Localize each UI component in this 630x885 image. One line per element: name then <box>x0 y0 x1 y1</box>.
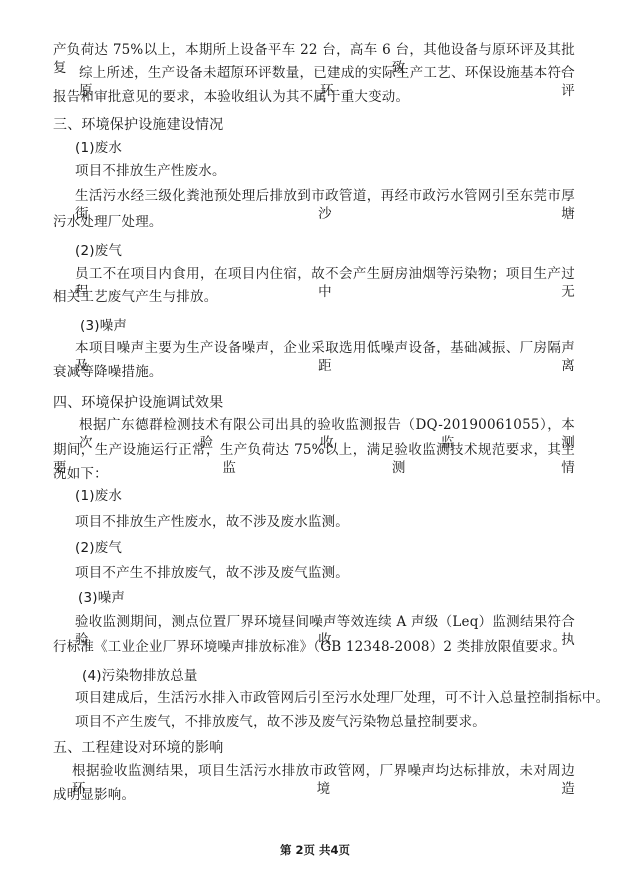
subsection-title: (2)废气 <box>75 242 122 260</box>
subsection-title: (1)废水 <box>75 139 122 157</box>
subsection-title: (1)废水 <box>75 487 122 505</box>
paragraph-line: 衰减等降噪措施。 <box>53 363 163 381</box>
paragraph-line: 行标准《工业企业厂界环境噪声排放标准》（GB 12348-2008）2 类排放限… <box>53 638 566 656</box>
subsection-title: (3)噪声 <box>78 589 125 607</box>
paragraph-line: 项目建成后，生活污水排入市政管网后引至污水处理厂处理，可不计入总量控制指标中。 <box>75 689 609 707</box>
subsection-title: (2)废气 <box>75 539 122 557</box>
subsection-title: (4)污染物排放总量 <box>82 667 198 685</box>
section-heading-4: 四、环境保护设施调试效果 <box>53 394 223 412</box>
paragraph-line: 根据验收监测结果，项目生活污水排放市政管网，厂界噪声均达标排放，未对周边环境造 <box>72 762 575 798</box>
page-number: 第 2页 共4页 <box>0 842 630 858</box>
paragraph-line: 成明显影响。 <box>53 786 135 804</box>
paragraph-line: 期间，生产设施运行正常，生产负荷达 75%以上，满足验收监测技术规范要求，其主要… <box>53 441 575 477</box>
subsection-title: (3)噪声 <box>80 317 127 335</box>
paragraph-line: 项目不产生不排放废气，故不涉及废气监测。 <box>75 564 349 582</box>
paragraph-line: 项目不排放生产性废水。 <box>75 162 226 180</box>
paragraph-line: 报告和审批意见的要求，本验收组认为其不属于重大变动。 <box>53 88 409 106</box>
paragraph-line: 项目不产生废气，不排放废气，故不涉及废气污染物总量控制要求。 <box>75 713 486 731</box>
section-heading-3: 三、环境保护设施建设情况 <box>53 116 223 134</box>
paragraph-line: 况如下： <box>53 465 108 483</box>
paragraph-line: 相关工艺废气产生与排放。 <box>53 288 217 306</box>
paragraph-line: 项目不排放生产性废水，故不涉及废水监测。 <box>75 513 349 531</box>
section-heading-5: 五、工程建设对环境的影响 <box>53 739 223 757</box>
paragraph-line: 污水处理厂处理。 <box>53 213 163 231</box>
